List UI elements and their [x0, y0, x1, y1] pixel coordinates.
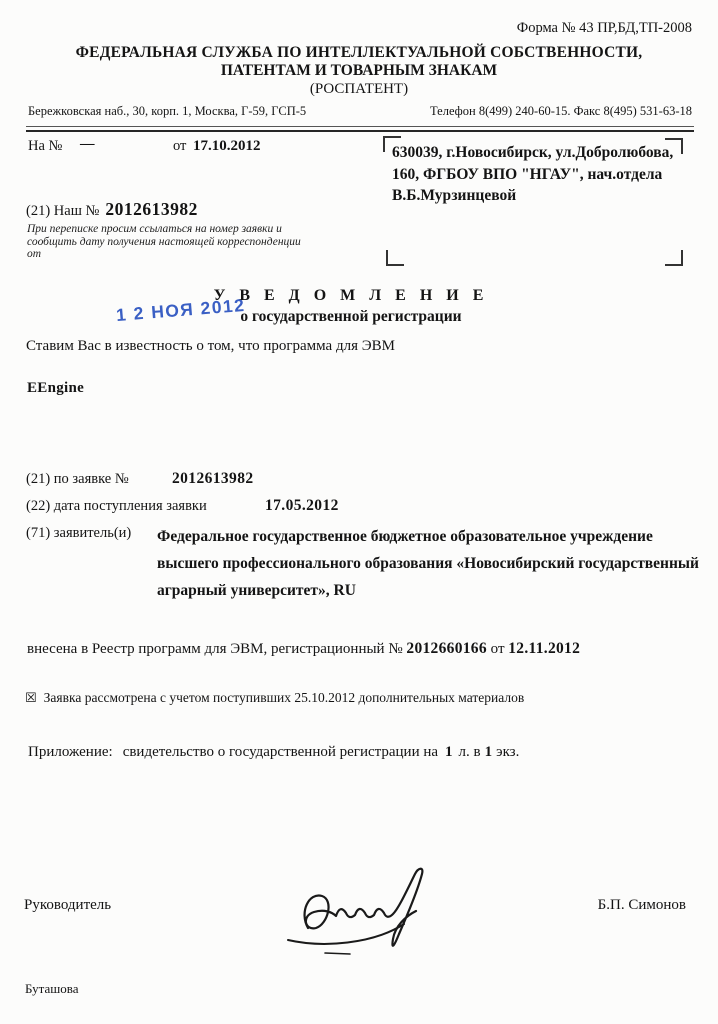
agency-phone-fax: Телефон 8(499) 240-60-15. Факс 8(495) 53… [430, 104, 692, 119]
ot-label: от [173, 138, 186, 155]
field-71-applicant-label: (71) заявитель(и) [26, 525, 131, 542]
corner-mark-bottom-right [665, 250, 683, 266]
program-name: EEngine [27, 380, 84, 397]
registration-statement: внесена в Реестр программ для ЭВМ, регис… [27, 640, 580, 658]
attachment-label: Приложение: [28, 744, 113, 760]
executor-name: Буташова [25, 981, 79, 997]
registration-ot: от [487, 641, 508, 657]
correspondence-note-line3: от [27, 248, 301, 261]
our-number-label: (21) Наш № [26, 203, 99, 219]
registration-prefix: внесена в Реестр программ для ЭВМ, регис… [27, 641, 406, 657]
document-subtitle: о государственной регистрации [0, 308, 702, 326]
recipient-address: 630039, г.Новосибирск, ул.Добролюбова, 1… [392, 142, 676, 207]
signer-name: Б.П. Симонов [598, 897, 686, 914]
document-page: Форма № 43 ПР,БД,ТП-2008 ФЕДЕРАЛЬНАЯ СЛУ… [0, 0, 718, 1024]
na-no-label: На № [28, 138, 62, 155]
field-22-filing-date: (22) дата поступления заявки 17.05.2012 [26, 498, 207, 515]
recipient-address-line3: В.Б.Мурзинцевой [392, 185, 676, 207]
recipient-address-box: 630039, г.Новосибирск, ул.Добролюбова, 1… [383, 136, 683, 266]
recipient-address-line1: 630039, г.Новосибирск, ул.Добролюбова, [392, 142, 676, 164]
corner-mark-bottom-left [386, 250, 404, 266]
agency-short-name: (РОСПАТЕНТ) [0, 81, 718, 98]
materials-considered-text: Заявка рассмотрена с учетом поступивших … [44, 690, 525, 705]
agency-name-line1: ФЕДЕРАЛЬНАЯ СЛУЖБА ПО ИНТЕЛЛЕКТУАЛЬНОЙ С… [0, 44, 718, 62]
signature-handwritten [278, 862, 448, 967]
attachment-mid: л. в [459, 744, 481, 760]
recipient-address-line2: 160, ФГБОУ ВПО "НГАУ", нач.отдела [392, 164, 676, 186]
header-divider-rule [26, 126, 694, 132]
field-21-label: (21) по заявке № [26, 471, 129, 487]
our-number-row: (21) Наш №2012613982 [26, 199, 198, 220]
attachment-row: Приложение:свидетельство о государственн… [28, 744, 519, 761]
checked-checkbox-icon: ☒ [25, 691, 37, 706]
field-22-label: (22) дата поступления заявки [26, 498, 207, 514]
attachment-copies-count: 1 [485, 744, 493, 760]
attachment-text: свидетельство о государственной регистра… [123, 744, 438, 760]
attachment-pages-count: 1 [445, 744, 453, 760]
field-22-value: 17.05.2012 [265, 497, 339, 515]
incoming-reference-row: На № — от 17.10.2012 [28, 138, 378, 158]
form-number: Форма № 43 ПР,БД,ТП-2008 [517, 20, 692, 37]
field-71-applicant-value: Федеральное государственное бюджетное об… [157, 523, 713, 604]
agency-postal-address: Бережковская наб., 30, корп. 1, Москва, … [28, 104, 306, 119]
agency-name-line2: ПАТЕНТАМ И ТОВАРНЫМ ЗНАКАМ [0, 62, 718, 80]
registration-date: 12.11.2012 [508, 640, 580, 657]
signer-position-title: Руководитель [24, 897, 111, 914]
correspondence-note-line1: При переписке просим ссылаться на номер … [27, 223, 301, 236]
our-number-value: 2012613982 [105, 199, 198, 219]
registration-number: 2012660166 [406, 640, 487, 657]
applicant-line1: Федеральное государственное бюджетное об… [157, 523, 713, 550]
attachment-suffix: экз. [496, 744, 519, 760]
field-21-value: 2012613982 [172, 470, 254, 488]
field-21-application-number: (21) по заявке № 2012613982 [26, 471, 129, 488]
correspondence-note: При переписке просим ссылаться на номер … [27, 223, 301, 261]
ot-date-value: 17.10.2012 [193, 138, 261, 155]
document-title: У В Е Д О М Л Е Н И Е [0, 287, 702, 305]
applicant-line2: высшего профессионального образования «Н… [157, 550, 713, 577]
intro-text: Ставим Вас в известность о том, что прог… [26, 338, 395, 355]
na-no-value: — [80, 136, 95, 153]
materials-considered-row: ☒Заявка рассмотрена с учетом поступивших… [25, 690, 524, 706]
applicant-line3: аграрный университет», RU [157, 577, 713, 604]
correspondence-note-line2: сообщить дату получения настоящей коррес… [27, 236, 301, 249]
